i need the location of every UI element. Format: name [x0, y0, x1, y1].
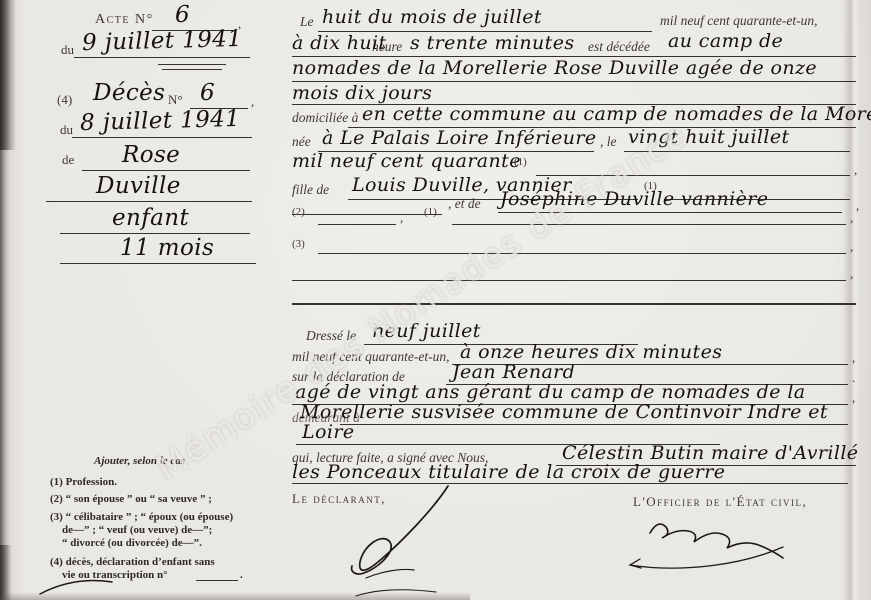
rule [318, 224, 396, 225]
du-label: du [60, 122, 73, 138]
hw-birthdate: vingt huit juillet [628, 126, 790, 148]
rule [72, 137, 252, 138]
margin-mention-enfant: enfant [112, 205, 189, 231]
rule [74, 57, 250, 58]
printed-dresse-le: Dressé le [306, 328, 356, 344]
deces-date: 8 juillet 1941 [80, 106, 241, 136]
rule [292, 280, 846, 281]
ref-1: (1) [424, 206, 437, 218]
double-underline-bottom [162, 69, 222, 70]
hw-minutes: s trente minutes [410, 32, 575, 54]
note-4-period: . [240, 569, 243, 581]
rule [60, 233, 250, 234]
comma: , [850, 266, 853, 282]
hw-place-of-death-1: au camp de [668, 30, 783, 52]
ref-3: (3) [292, 238, 305, 250]
hw-declarant-age-role: agé de vingt ans gérant du camp de nomad… [295, 381, 806, 403]
hw-loire: Loire [302, 421, 354, 443]
rule [292, 303, 856, 305]
rule [60, 263, 256, 264]
deces-word: Décès [93, 80, 165, 106]
deceased-surname: Duville [96, 173, 181, 199]
du-label: du [61, 42, 74, 58]
ref-4: (4) [57, 92, 72, 108]
printed-year-1941: mil neuf cent quarante-et-un, [660, 13, 817, 29]
comma: , [400, 210, 403, 226]
hw-dresse-time: à onze heures dix minutes [460, 341, 722, 363]
rule [82, 170, 250, 171]
hw-death-day-month: huit du mois de juillet [322, 6, 542, 28]
rule [340, 424, 848, 425]
comma: , [856, 198, 859, 214]
note-3-line3: “ divorcé (ou divorcée) de—”. [62, 537, 202, 549]
rule [624, 151, 850, 152]
deceased-firstname: Rose [122, 142, 180, 168]
paper-fold-shadow [843, 0, 859, 600]
hw-hour: à dix huit [292, 32, 387, 54]
scan-edge-bottom [0, 592, 470, 600]
rule [318, 253, 846, 254]
scan-edge-left-top [0, 0, 16, 150]
rule [292, 214, 442, 215]
double-underline-top [158, 64, 226, 65]
rule [452, 224, 846, 225]
note-1: (1) Profession. [50, 476, 117, 488]
hw-place-of-death-2: nomades de la Morellerie Rose Duville ag… [292, 57, 817, 79]
printed-est-decedee: est décédée [588, 39, 650, 55]
officier-signature [612, 505, 822, 580]
note-4-blank [196, 580, 238, 581]
hw-birthplace: à Le Palais Loire Inférieure [322, 127, 596, 149]
hw-birthyear: mil neuf cent quarante [292, 150, 521, 172]
printed-nee: née [292, 134, 311, 150]
de-label: de [62, 152, 74, 168]
comma: , [251, 94, 254, 110]
comma: , [852, 390, 855, 406]
acte-date: 9 juillet 1941 [82, 26, 243, 56]
hw-declarant-name: Jean Renard [452, 361, 575, 383]
ref-2: (2) [292, 206, 305, 218]
death-certificate-scan: Mémoire des Nomades de France Acte N° 6 … [0, 0, 871, 600]
hw-age-days: mois dix jours [292, 82, 432, 104]
notes-title: Ajouter, selon le cas [94, 455, 185, 467]
hw-dresse-date: neuf juillet [372, 320, 481, 342]
rule [46, 201, 252, 202]
comma: , [854, 162, 857, 178]
note-3-line1: (3) “ célibataire ” ; “ époux (ou épouse… [50, 511, 233, 523]
hw-domicile: en cette commune au camp de nomades de l… [362, 103, 871, 125]
acte-label: Acte N° [95, 12, 154, 28]
acte-number: 6 [175, 2, 190, 28]
comma: , [850, 239, 853, 255]
note-4-line1: (4) décès, déclaration d’enfant sans [50, 556, 215, 568]
deces-number: 6 [200, 80, 215, 106]
printed-et-de: , et de [448, 196, 481, 212]
printed-le: Le [300, 14, 314, 30]
printed-domiciliee: domiciliée à [292, 110, 358, 126]
rule [536, 175, 850, 176]
hw-mother: Joséphine Duville vannière [500, 188, 768, 210]
printed-year-line: mil neuf cent quarante-et-un, [292, 349, 449, 365]
note-3-line2: de—” ; “ veuf (ou veuve) de—”; [62, 524, 212, 536]
margin-mention-age: 11 mois [120, 235, 214, 261]
rule [498, 212, 842, 213]
printed-le-comma: , le [600, 134, 617, 150]
period: . [852, 370, 855, 386]
comma: , [850, 210, 853, 226]
hw-camp-commune: Morellerie susvisée commune de Continvoi… [300, 401, 828, 423]
printed-fille-de: fille de [292, 182, 329, 198]
comma: , [852, 350, 855, 366]
declarant-signature [330, 480, 480, 590]
numero-label: N° [168, 92, 183, 108]
note-2: (2) “ son épouse ” ou “ sa veuve ” ; [50, 493, 212, 505]
